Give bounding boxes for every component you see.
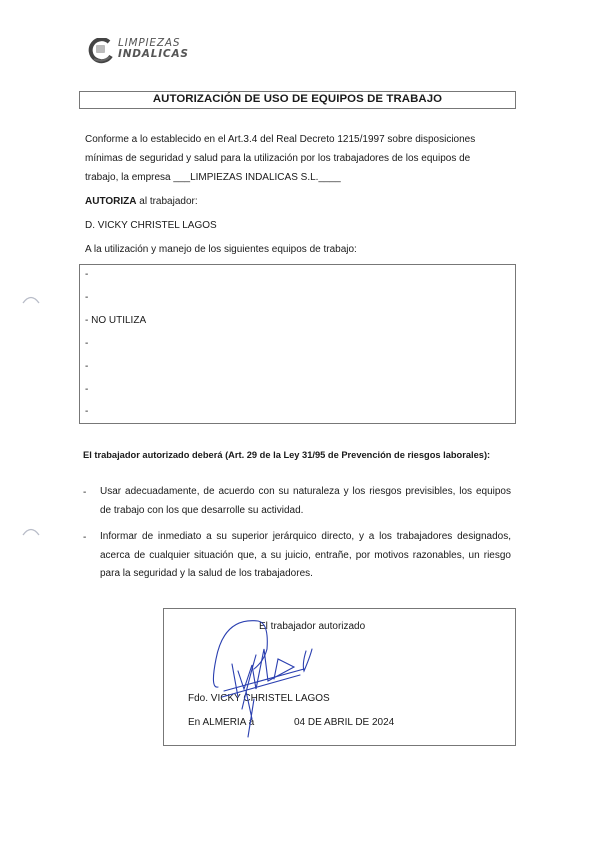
- authorizes-line: AUTORIZA al trabajador:: [85, 196, 198, 207]
- intro-line-2: mínimas de seguridad y salud para la uti…: [85, 153, 470, 164]
- signature-date: 04 DE ABRIL DE 2024: [294, 717, 394, 728]
- signed-by: Fdo. VICKY CHRISTEL LAGOS: [188, 693, 330, 704]
- worker-name: D. VICKY CHRISTEL LAGOS: [85, 220, 217, 231]
- intro-line-1: Conforme a lo establecido en el Art.3.4 …: [85, 134, 475, 145]
- signature-place: En ALMERIA a: [188, 717, 254, 728]
- obligations-heading: El trabajador autorizado deberá (Art. 29…: [83, 450, 503, 460]
- authorizes-keyword: AUTORIZA: [85, 196, 136, 207]
- equipment-item: - NO UTILIZA: [85, 315, 146, 326]
- punch-hole-mark: [22, 526, 40, 536]
- punch-hole-mark: [22, 294, 40, 304]
- logo-text: LIMPIEZAS INDALICAS: [118, 38, 189, 59]
- bullet-marker: -: [83, 532, 86, 543]
- equipment-item: -: [85, 338, 88, 349]
- equipment-item: -: [85, 269, 88, 280]
- company-logo: LIMPIEZAS INDALICAS: [88, 38, 228, 66]
- bullet-marker: -: [83, 487, 86, 498]
- title-box: AUTORIZACIÓN DE USO DE EQUIPOS DE TRABAJ…: [79, 91, 516, 109]
- logo-emblem-icon: [88, 38, 114, 64]
- equipment-item: -: [85, 406, 88, 417]
- equipment-item: -: [85, 384, 88, 395]
- equipment-list: - - - NO UTILIZA - - - -: [79, 264, 516, 424]
- equipment-item: -: [85, 361, 88, 372]
- obligation-item: Usar adecuadamente, de acuerdo con su na…: [100, 483, 511, 520]
- obligation-item: Informar de inmediato a su superior jerá…: [100, 528, 511, 584]
- equipment-item: -: [85, 292, 88, 303]
- signature-box: El trabajador autorizado Fdo. VICKY CHRI…: [163, 608, 516, 746]
- authorizes-rest: al trabajador:: [136, 196, 197, 207]
- equipment-intro: A la utilización y manejo de los siguien…: [85, 244, 357, 255]
- signature-label: El trabajador autorizado: [259, 621, 365, 632]
- intro-line-3: trabajo, la empresa ___LIMPIEZAS INDALIC…: [85, 172, 341, 183]
- document-title: AUTORIZACIÓN DE USO DE EQUIPOS DE TRABAJ…: [80, 93, 515, 105]
